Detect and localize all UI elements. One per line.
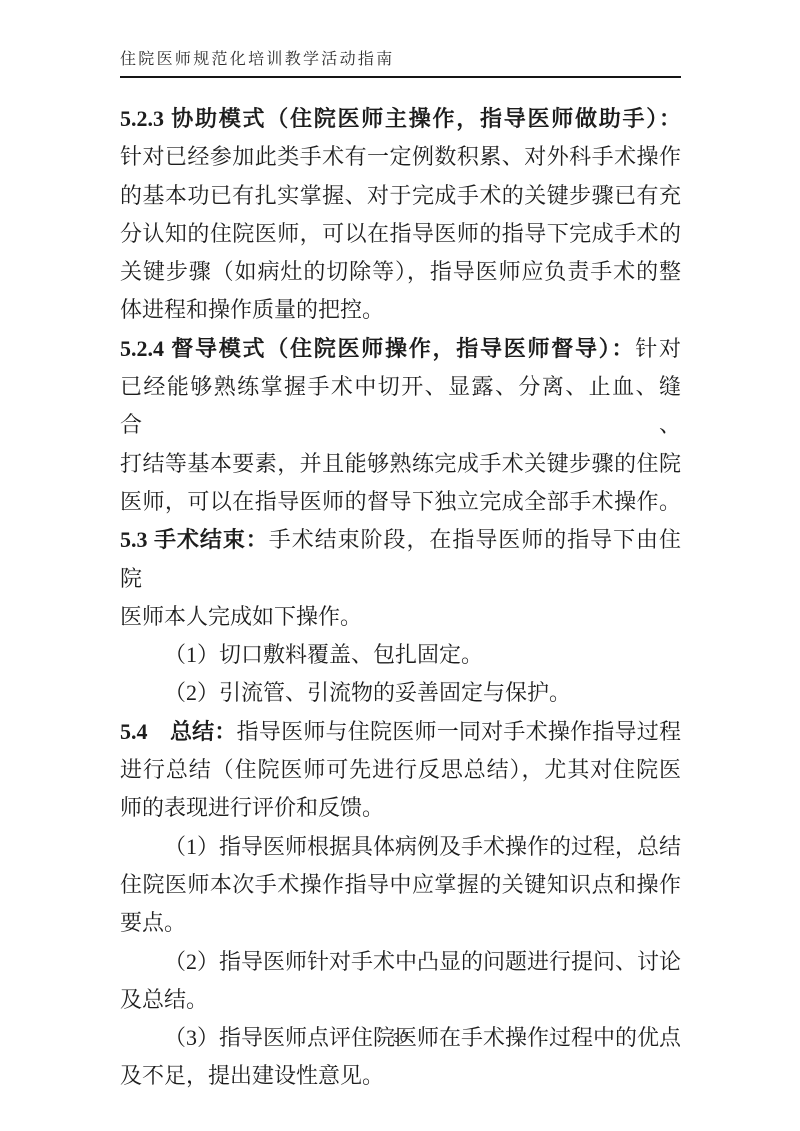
text-line: 关键步骤（如病灶的切除等），指导医师应负责手术的整 bbox=[120, 253, 681, 291]
running-header-title: 住院医师规范化培训教学活动指南 bbox=[120, 46, 681, 69]
text-line: 5.4 总结：指导医师与住院医师一同对手术操作指导过程 bbox=[120, 713, 681, 751]
text-segment: 指导医师与住院医师一同对手术操作指导过程 bbox=[237, 719, 681, 744]
text-line: 体进程和操作质量的把控。 bbox=[120, 291, 681, 329]
heading-segment: 5.4 总结： bbox=[120, 719, 237, 744]
text-line: （1）切口敷料覆盖、包扎固定。 bbox=[120, 636, 681, 674]
text-line: 师的表现进行评价和反馈。 bbox=[120, 789, 681, 827]
text-segment: 关键步骤（如病灶的切除等），指导医师应负责手术的整 bbox=[120, 259, 681, 284]
text-segment: 及总结。 bbox=[120, 987, 208, 1012]
text-segment: 针对 bbox=[635, 336, 681, 361]
text-line: 针对已经参加此类手术有一定例数积累、对外科手术操作 bbox=[120, 138, 681, 176]
text-line: 已经能够熟练掌握手术中切开、显露、分离、止血、缝合、 bbox=[120, 368, 681, 445]
text-line: 进行总结（住院医师可先进行反思总结），尤其对住院医 bbox=[120, 751, 681, 789]
heading-segment: 5.2.3 协助模式（住院医师主操作，指导医师做助手）： bbox=[120, 106, 681, 131]
text-line: 及总结。 bbox=[120, 981, 681, 1019]
text-segment: 打结等基本要素，并且能够熟练完成手术关键步骤的住院 bbox=[120, 451, 681, 476]
heading-segment: 5.2.4 督导模式（住院医师操作，指导医师督导）： bbox=[120, 336, 635, 361]
text-line: 及不足，提出建设性意见。 bbox=[120, 1057, 681, 1095]
text-segment: 师的表现进行评价和反馈。 bbox=[120, 795, 384, 820]
text-segment: 住院医师本次手术操作指导中应掌握的关键知识点和操作 bbox=[120, 872, 681, 897]
text-line: 打结等基本要素，并且能够熟练完成手术关键步骤的住院 bbox=[120, 445, 681, 483]
text-segment: 医师，可以在指导医师的督导下独立完成全部手术操作。 bbox=[120, 489, 681, 514]
text-line: 分认知的住院医师，可以在指导医师的指导下完成手术的 bbox=[120, 215, 681, 253]
text-segment: 分认知的住院医师，可以在指导医师的指导下完成手术的 bbox=[120, 221, 681, 246]
text-line: 住院医师本次手术操作指导中应掌握的关键知识点和操作 bbox=[120, 866, 681, 904]
page-footer: 30 bbox=[0, 1030, 800, 1045]
running-header: 住院医师规范化培训教学活动指南 bbox=[120, 46, 681, 78]
heading-segment: 5.3 手术结束： bbox=[120, 527, 269, 552]
text-line: （2）引流管、引流物的妥善固定与保护。 bbox=[120, 674, 681, 712]
text-segment: （1）指导医师根据具体病例及手术操作的过程，总结 bbox=[164, 834, 681, 859]
text-segment: （2）指导医师针对手术中凸显的问题进行提问、讨论 bbox=[164, 949, 681, 974]
text-segment: 已经能够熟练掌握手术中切开、显露、分离、止血、缝合、 bbox=[120, 374, 681, 437]
text-segment: 针对已经参加此类手术有一定例数积累、对外科手术操作 bbox=[120, 144, 681, 169]
page-number: 30 bbox=[393, 1030, 407, 1045]
text-line: （2）指导医师针对手术中凸显的问题进行提问、讨论 bbox=[120, 943, 681, 981]
text-line: （1）指导医师根据具体病例及手术操作的过程，总结 bbox=[120, 828, 681, 866]
text-line: 5.2.4 督导模式（住院医师操作，指导医师督导）：针对 bbox=[120, 330, 681, 368]
text-segment: 的基本功已有扎实掌握、对于完成手术的关键步骤已有充 bbox=[120, 183, 681, 208]
text-segment: 进行总结（住院医师可先进行反思总结），尤其对住院医 bbox=[120, 757, 681, 782]
text-line: 的基本功已有扎实掌握、对于完成手术的关键步骤已有充 bbox=[120, 177, 681, 215]
text-segment: （2）引流管、引流物的妥善固定与保护。 bbox=[164, 680, 571, 705]
text-segment: 医师本人完成如下操作。 bbox=[120, 604, 362, 629]
text-line: 5.2.3 协助模式（住院医师主操作，指导医师做助手）： bbox=[120, 100, 681, 138]
text-segment: 体进程和操作质量的把控。 bbox=[120, 297, 384, 322]
text-line: 医师，可以在指导医师的督导下独立完成全部手术操作。 bbox=[120, 483, 681, 521]
document-page: 住院医师规范化培训教学活动指南 5.2.3 协助模式（住院医师主操作，指导医师做… bbox=[0, 0, 800, 1131]
text-segment: （1）切口敷料覆盖、包扎固定。 bbox=[164, 642, 483, 667]
text-line: 要点。 bbox=[120, 904, 681, 942]
text-segment: 要点。 bbox=[120, 910, 186, 935]
text-segment: 及不足，提出建设性意见。 bbox=[120, 1063, 384, 1088]
document-body: 5.2.3 协助模式（住院医师主操作，指导医师做助手）：针对已经参加此类手术有一… bbox=[120, 100, 681, 1096]
text-line: 医师本人完成如下操作。 bbox=[120, 598, 681, 636]
text-line: 5.3 手术结束：手术结束阶段，在指导医师的指导下由住院 bbox=[120, 521, 681, 598]
